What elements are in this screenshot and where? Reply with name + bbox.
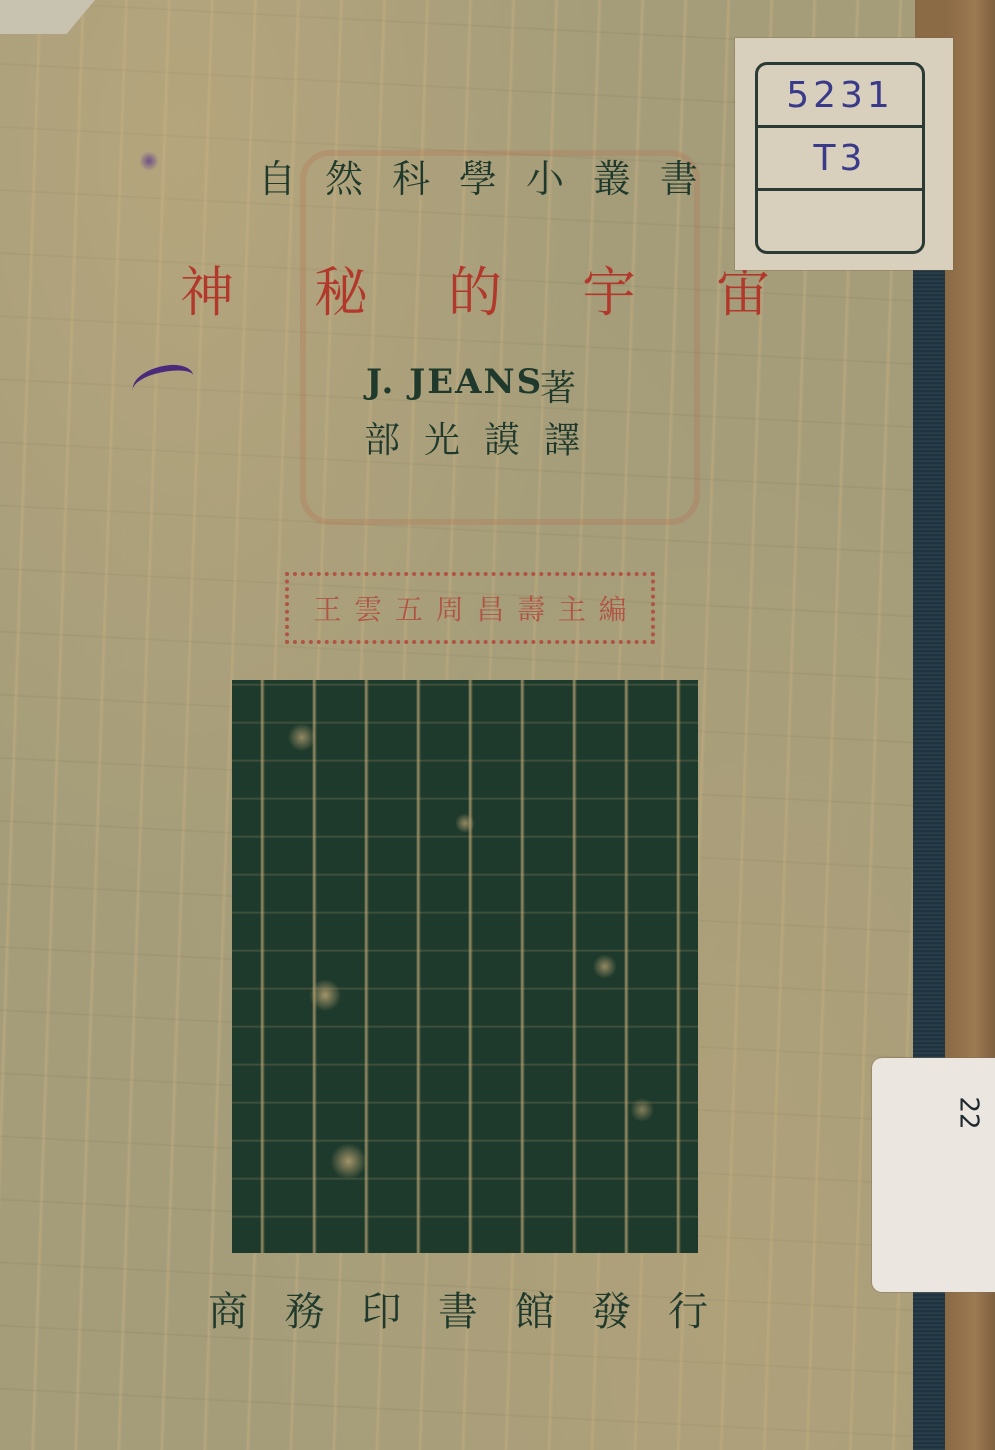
series-char: 學 [459,148,497,203]
series-char: 叢 [593,148,631,203]
editor-char: 昌 [476,588,504,628]
series-char: 小 [526,148,564,203]
series-char: 書 [660,148,698,203]
publisher-line: 商 務 印 書 館 發 行 [208,1280,708,1337]
editor-char: 編 [599,588,627,628]
book-title: 神 秘 的 宇 宙 [180,250,770,327]
publisher-char: 書 [438,1280,478,1337]
faded-stamp-frame [300,150,700,525]
call-number-row: T3 [758,128,922,191]
ink-blot [140,150,158,172]
publisher-char: 印 [361,1280,401,1337]
cover-illustration-block [232,680,698,1253]
editors-box: 王 雲 五 周 昌 壽 主 編 [285,572,655,644]
title-char: 的 [448,250,502,327]
publisher-char: 商 [208,1280,248,1337]
editor-char: 壽 [517,588,545,628]
side-label-number: 22 [953,1096,983,1129]
editor-char: 王 [313,588,341,628]
translator-line: 部 光 謨 譯 [364,412,580,463]
series-char: 科 [392,148,430,203]
author-role: 著 [540,360,576,411]
editor-char: 五 [395,588,423,628]
title-char: 宇 [582,250,636,327]
series-char: 然 [325,148,363,203]
call-label-frame: 5231 T3 [755,62,925,254]
publisher-char: 務 [285,1280,325,1337]
editor-char: 周 [436,588,464,628]
title-char: 秘 [314,250,368,327]
torn-corner [0,0,95,34]
translator-char: 譯 [544,412,580,463]
title-char: 神 [180,250,234,327]
series-char: 自 [258,148,296,203]
translator-char: 謨 [484,412,520,463]
editor-char: 雲 [354,588,382,628]
translator-char: 光 [424,412,460,463]
side-sticker-label: 22 [872,1058,995,1292]
author-name: J. JEANS [366,362,543,402]
series-title: 自 然 科 學 小 叢 書 [258,148,698,203]
ink-stroke [130,362,196,404]
publisher-char: 行 [668,1280,708,1337]
library-call-label: 5231 T3 [735,38,953,270]
translator-char: 部 [364,412,400,463]
publisher-char: 館 [515,1280,555,1337]
editor-char: 主 [558,588,586,628]
publisher-char: 發 [591,1280,631,1337]
call-number-row-empty [758,191,922,254]
call-number-row: 5231 [758,65,922,128]
